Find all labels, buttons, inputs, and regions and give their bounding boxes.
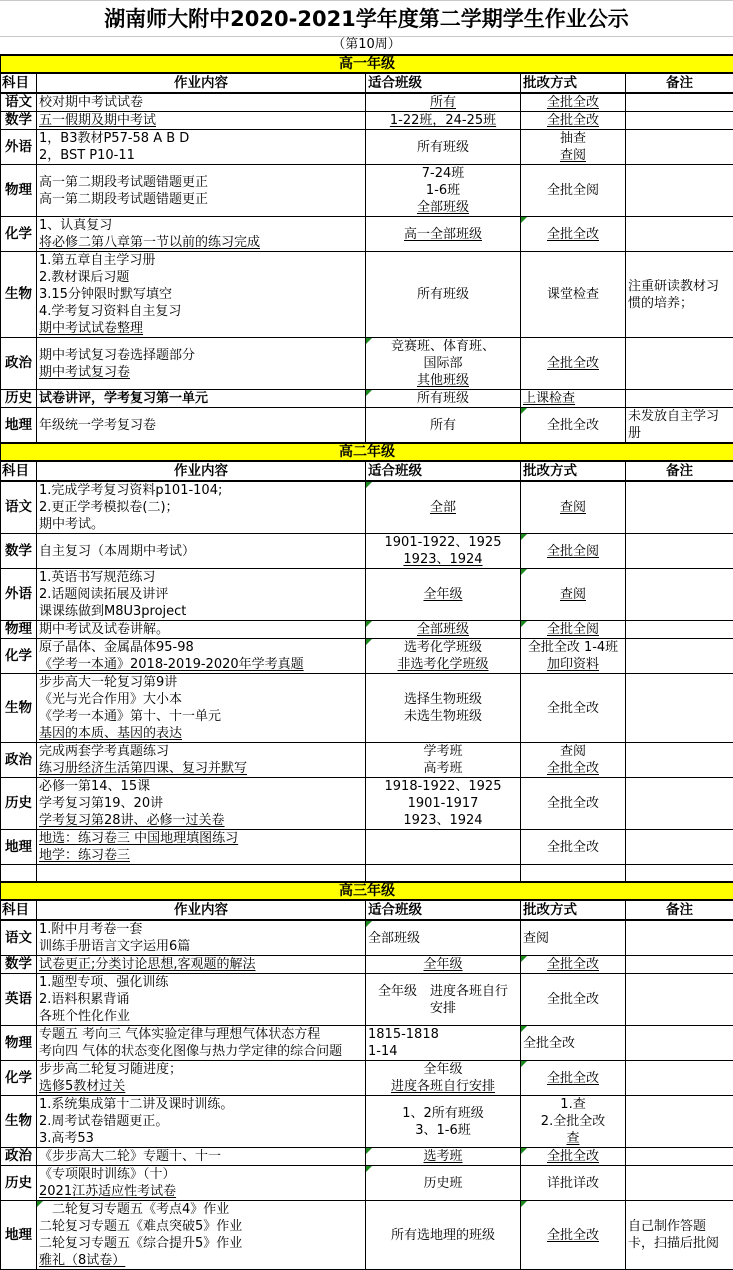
cell-line: 所有班级 (368, 286, 518, 303)
subject-cell: 数学 (1, 534, 37, 569)
classes-cell: 全部 (366, 481, 521, 534)
spreadsheet: 湖南师大附中2020-2021学年度第二学期学生作业公示 （第10周） 高一年级… (0, 0, 733, 1270)
note-cell (626, 743, 733, 778)
subject-cell: 语文 (1, 481, 37, 534)
cell-line: 将必修二第八章第一节以前的练习完成 (39, 234, 363, 251)
cell-line: 专题五 考向三 气体实验定律与理想气体状态方程 (39, 1026, 363, 1043)
grading-cell: 全批全改 1-4班加印资料 (521, 639, 626, 674)
cell-line: 试卷讲评，学考复习第一单元 (39, 390, 363, 407)
subject-cell: 地理 (1, 408, 37, 444)
cell-line: 基因的本质、基因的表达 (39, 725, 363, 742)
column-header: 批改方式 (521, 73, 626, 93)
grading-cell: 课堂检查 (521, 252, 626, 338)
cell-line: 必修一第14、15课 (39, 778, 363, 795)
grading-cell: 全批全改 (521, 338, 626, 390)
cell-line: 高一第二期段考试题错题更正 (39, 191, 363, 208)
note-cell (626, 778, 733, 830)
note-cell (626, 674, 733, 743)
note-cell (626, 1096, 733, 1148)
content-cell: 《步步高大二轮》专题十、十一 (37, 1148, 366, 1166)
cell-line: 所有班级 (368, 390, 518, 407)
grading-cell: 抽查查阅 (521, 130, 626, 165)
column-header: 作业内容 (37, 900, 366, 920)
grading-cell: 全批全改 (521, 217, 626, 252)
classes-cell: 高一全部班级 (366, 217, 521, 252)
grading-cell: 查阅全批全改 (521, 743, 626, 778)
section-title: 高二年级 (1, 443, 733, 461)
note-cell (626, 569, 733, 621)
cell-line: 1.题型专项、强化训练 (39, 974, 363, 991)
grading-cell: 1.查2.全批全改查 (521, 1096, 626, 1148)
classes-cell (366, 865, 521, 883)
subject-cell: 生物 (1, 252, 37, 338)
note-cell (626, 639, 733, 674)
cell-line: 全批全改 (523, 417, 623, 434)
cell-line: 全批全改 (523, 839, 623, 856)
cell-line: 地学：练习卷三 (39, 847, 363, 864)
cell-line: 高考班 (368, 760, 518, 777)
classes-cell: 1-22班，24-25班 (366, 112, 521, 130)
cell-line: 其他班级 (368, 372, 518, 389)
cell-line: 选考化学班级 (368, 639, 518, 656)
cell-line: 全批全改 (523, 1227, 623, 1244)
cell-line: 年级统一学考复习卷 (39, 417, 363, 434)
cell-line: 1923、1924 (368, 812, 518, 829)
note-cell (626, 217, 733, 252)
cell-line: 试卷更正;分类讨论思想,客观题的解法 (39, 956, 363, 973)
classes-cell: 学考班高考班 (366, 743, 521, 778)
cell-line: 步步高大一轮复习第9讲 (39, 674, 363, 691)
cell-line: 历史班 (368, 1175, 518, 1192)
cell-line: 训练手册语言文字运用6篇 (39, 938, 363, 955)
cell-line: 1.系统集成第十二讲及课时训练。 (39, 1096, 363, 1113)
content-cell: 试卷更正;分类讨论思想,客观题的解法 (37, 956, 366, 974)
content-cell: 1.完成学考复习资料p101-104;2.更正学考模拟卷(二)；期中考试。 (37, 481, 366, 534)
classes-cell: 全年级 (366, 956, 521, 974)
cell-line: 2.全批全改 (523, 1113, 623, 1130)
content-cell: 1.题型专项、强化训练2.语料积累背诵各班个性化作业 (37, 974, 366, 1026)
note-cell: 注重研读教材习惯的培养； (626, 252, 733, 338)
cell-line: 查阅 (523, 147, 623, 164)
classes-cell: 1901-1922、19251923、1924 (366, 534, 521, 569)
homework-table: 高一年级科目作业内容适合班级批改方式备注语文校对期中考试试卷所有全批全改数学五一… (0, 54, 733, 1270)
content-cell: 期中考试复习卷选择题部分期中考试复习卷 (37, 338, 366, 390)
note-cell: 自己制作答题卡，扫描后批阅 (626, 1201, 733, 1270)
cell-line: 全批全改 (523, 760, 623, 777)
cell-line: 期中考试复习卷选择题部分 (39, 347, 363, 364)
grading-cell: 全批全改 (521, 674, 626, 743)
note-cell (626, 481, 733, 534)
content-cell: 完成两套学考真题练习练习册经济生活第四课、复习并默写 (37, 743, 366, 778)
column-header: 批改方式 (521, 461, 626, 481)
note-cell (626, 390, 733, 408)
cell-line: 所有班级 (368, 139, 518, 156)
note-cell (626, 165, 733, 217)
classes-cell: 全部班级 (366, 621, 521, 639)
cell-line: 详批详改 (523, 1175, 623, 1192)
column-header: 作业内容 (37, 461, 366, 481)
column-header: 适合班级 (366, 73, 521, 93)
cell-line: 全批全改 1-4班 (523, 639, 623, 656)
grading-cell: 全批全改 (521, 1201, 626, 1270)
note-cell: 未发放自主学习册 (626, 408, 733, 444)
cell-line: 1，B3教材P57-58 A B D (39, 130, 363, 147)
cell-line: 查阅 (523, 499, 623, 516)
cell-line: 全批全阅 (523, 543, 623, 560)
cell-line: 学考复习第28讲、必修一过关卷 (39, 812, 363, 829)
cell-line: 雅礼（8试卷） (39, 1252, 363, 1269)
note-cell (626, 865, 733, 883)
cell-line: 2，BST P10-11 (39, 147, 363, 164)
content-cell: 期中考试及试卷讲解。 (37, 621, 366, 639)
page-title: 湖南师大附中2020-2021学年度第二学期学生作业公示 (0, 0, 733, 37)
content-cell: 1.附中月考卷一套训练手册语言文字运用6篇 (37, 920, 366, 956)
classes-cell: 1815-18181-14 (366, 1026, 521, 1061)
column-header: 备注 (626, 461, 733, 481)
subject-cell: 物理 (1, 1026, 37, 1061)
cell-line: 全批全改 (523, 700, 623, 717)
classes-cell: 7-24班1-6班全部班级 (366, 165, 521, 217)
cell-line: 全批全改 (523, 226, 623, 243)
subject-cell: 地理 (1, 830, 37, 865)
cell-line: 二轮复习专题五《综合提升5》作业 (39, 1235, 363, 1252)
note-cell (626, 338, 733, 390)
grading-cell: 全批全阅 (521, 165, 626, 217)
cell-line: 2.更正学考模拟卷(二)； (39, 499, 363, 516)
cell-line: 全批全改 (523, 355, 623, 372)
cell-line: 查阅 (523, 586, 623, 603)
subject-cell: 物理 (1, 165, 37, 217)
content-cell (37, 865, 366, 883)
subject-cell: 历史 (1, 778, 37, 830)
subject-cell: 政治 (1, 743, 37, 778)
classes-cell: 竞赛班、体育班、国际部其他班级 (366, 338, 521, 390)
note-cell (626, 130, 733, 165)
subject-cell: 外语 (1, 130, 37, 165)
cell-line: 全部 (368, 499, 518, 516)
cell-line: 1901-1917 (368, 795, 518, 812)
classes-cell: 选考化学班级非选考化学班级 (366, 639, 521, 674)
cell-line: 全批全阅 (523, 621, 623, 638)
subject-cell: 政治 (1, 338, 37, 390)
note-cell (626, 830, 733, 865)
cell-line: 注重研读教材习惯的培养； (628, 278, 731, 312)
content-cell: 原子晶体、金属晶体95-98《学考一本通》2018-2019-2020年学考真题 (37, 639, 366, 674)
note-cell (626, 956, 733, 974)
cell-line: 选修5教材过关 (39, 1078, 363, 1095)
cell-line: 练习册经济生活第四课、复习并默写 (39, 760, 363, 777)
cell-line: 全部班级 (368, 930, 518, 947)
content-cell: 五一假期及期中考试 (37, 112, 366, 130)
column-header: 科目 (1, 461, 37, 481)
content-cell: 地选：练习卷三 中国地理填图练习地学：练习卷三 (37, 830, 366, 865)
cell-line: 3、1-6班 (368, 1122, 518, 1139)
classes-cell: 1、2所有班级3、1-6班 (366, 1096, 521, 1148)
cell-line: 2021江苏适应性考试卷 (39, 1183, 363, 1200)
cell-line: 安排 (368, 1000, 518, 1017)
cell-line: 1-6班 (368, 182, 518, 199)
column-header: 适合班级 (366, 900, 521, 920)
cell-line: 二轮复习专题五《考点4》作业 (39, 1201, 363, 1218)
subject-cell: 历史 (1, 390, 37, 408)
grading-cell: 全批全改 (521, 1026, 626, 1061)
column-header: 批改方式 (521, 900, 626, 920)
cell-line: 1918-1922、1925 (368, 778, 518, 795)
week-subtitle: （第10周） (0, 37, 733, 54)
column-header: 作业内容 (37, 73, 366, 93)
cell-line: 查阅 (523, 743, 623, 760)
cell-line: 2.教材课后习题 (39, 269, 363, 286)
content-cell: 年级统一学考复习卷 (37, 408, 366, 444)
cell-line: 选考班 (368, 1148, 518, 1165)
cell-line: 1、认真复习 (39, 217, 363, 234)
cell-line: 1815-1818 (368, 1026, 518, 1043)
cell-line: 3.高考53 (39, 1130, 363, 1147)
column-header: 备注 (626, 900, 733, 920)
grading-cell: 全批全改 (521, 112, 626, 130)
content-cell: 校对期中考试试卷 (37, 93, 366, 112)
cell-line: 课堂检查 (523, 286, 623, 303)
cell-line: 全批全改 (523, 1148, 623, 1165)
cell-line: 1-14 (368, 1043, 518, 1060)
column-header: 备注 (626, 73, 733, 93)
column-header: 科目 (1, 900, 37, 920)
subject-cell: 历史 (1, 1166, 37, 1201)
cell-line: 查 (523, 1130, 623, 1147)
grading-cell: 全批全阅 (521, 534, 626, 569)
classes-cell: 全部班级 (366, 920, 521, 956)
note-cell (626, 1148, 733, 1166)
subject-cell: 政治 (1, 1148, 37, 1166)
subject-cell: 物理 (1, 621, 37, 639)
cell-line: 《学考一本通》第十、十一单元 (39, 708, 363, 725)
cell-line: 国际部 (368, 355, 518, 372)
cell-line: 1.英语书写规范练习 (39, 569, 363, 586)
cell-line: 学考复习第19、20讲 (39, 795, 363, 812)
cell-line: 自主复习（本周期中考试） (39, 543, 363, 560)
cell-line: 未选生物班级 (368, 708, 518, 725)
cell-line: 全部班级 (368, 199, 518, 216)
subject-cell: 生物 (1, 1096, 37, 1148)
classes-cell: 所有 (366, 408, 521, 444)
subject-cell: 语文 (1, 93, 37, 112)
section-title: 高三年级 (1, 882, 733, 900)
content-cell: 高一第二期段考试题错题更正高一第二期段考试题错题更正 (37, 165, 366, 217)
cell-line: 完成两套学考真题练习 (39, 743, 363, 760)
column-header: 适合班级 (366, 461, 521, 481)
content-cell: 步步高二轮复习随进度；选修5教材过关 (37, 1061, 366, 1096)
grading-cell: 全批全改 (521, 778, 626, 830)
grading-cell: 上课检查 (521, 390, 626, 408)
cell-line: 《步步高大二轮》专题十、十一 (39, 1148, 363, 1165)
grading-cell: 查阅 (521, 920, 626, 956)
subject-cell: 英语 (1, 974, 37, 1026)
grading-cell: 全批全改 (521, 1061, 626, 1096)
subject-cell: 化学 (1, 217, 37, 252)
cell-line: 7-24班 (368, 165, 518, 182)
cell-line: 全批全改 (523, 795, 623, 812)
cell-line: 所有 (368, 417, 518, 434)
subject-cell: 化学 (1, 1061, 37, 1096)
classes-cell: 选考班 (366, 1148, 521, 1166)
cell-line: 全批全改 (523, 991, 623, 1008)
cell-line: 全年级 (368, 1061, 518, 1078)
classes-cell: 所有选地理的班级 (366, 1201, 521, 1270)
content-cell: 必修一第14、15课学考复习第19、20讲学考复习第28讲、必修一过关卷 (37, 778, 366, 830)
note-cell (626, 112, 733, 130)
cell-line: 全年级 进度各班自行 (368, 983, 518, 1000)
cell-line: 选择生物班级 (368, 691, 518, 708)
grading-cell: 全批全改 (521, 408, 626, 444)
cell-line: 3.15分钟限时默写填空 (39, 286, 363, 303)
content-cell: 1.英语书写规范练习2.话题阅读拓展及讲评课课练做到M8U3project (37, 569, 366, 621)
cell-line: 《学考一本通》2018-2019-2020年学考真题 (39, 656, 363, 673)
subject-cell: 语文 (1, 920, 37, 956)
cell-line: 全部班级 (368, 621, 518, 638)
cell-line: 1923、1924 (368, 551, 518, 568)
cell-line: 进度各班自行安排 (368, 1078, 518, 1095)
cell-line: 全批全阅 (523, 182, 623, 199)
homework-table-body: 高一年级科目作业内容适合班级批改方式备注语文校对期中考试试卷所有全批全改数学五一… (1, 55, 733, 1270)
classes-cell: 选择生物班级未选生物班级 (366, 674, 521, 743)
cell-line: 高一第二期段考试题错题更正 (39, 174, 363, 191)
section-title: 高一年级 (1, 55, 733, 73)
note-cell (626, 1026, 733, 1061)
classes-cell: 所有班级 (366, 130, 521, 165)
cell-line: 2.话题阅读拓展及讲评 (39, 586, 363, 603)
note-cell (626, 920, 733, 956)
cell-line: 原子晶体、金属晶体95-98 (39, 639, 363, 656)
cell-line: 期中考试复习卷 (39, 364, 363, 381)
cell-line: 学考班 (368, 743, 518, 760)
cell-line: 2.语料积累背诵 (39, 991, 363, 1008)
content-cell: 自主复习（本周期中考试） (37, 534, 366, 569)
cell-line: 步步高二轮复习随进度； (39, 1061, 363, 1078)
cell-line: 《光与光合作用》大小本 (39, 691, 363, 708)
cell-line: 全批全改 (523, 1035, 623, 1052)
content-cell: 1、认真复习将必修二第八章第一节以前的练习完成 (37, 217, 366, 252)
content-cell: 二轮复习专题五《考点4》作业二轮复习专题五《难点突破5》作业二轮复习专题五《综合… (37, 1201, 366, 1270)
cell-line: 全批全改 (523, 956, 623, 973)
content-cell: 专题五 考向三 气体实验定律与理想气体状态方程考向四 气体的状态变化图像与热力学… (37, 1026, 366, 1061)
cell-line: 所有 (368, 94, 518, 111)
content-cell: 1.系统集成第十二讲及课时训练。2.周考试卷错题更正。3.高考53 (37, 1096, 366, 1148)
grading-cell: 全批全阅 (521, 621, 626, 639)
grading-cell: 查阅 (521, 569, 626, 621)
subject-cell: 地理 (1, 1201, 37, 1270)
note-cell (626, 974, 733, 1026)
cell-line: 上课检查 (523, 390, 623, 407)
cell-line: 1.附中月考卷一套 (39, 921, 363, 938)
grading-cell: 详批详改 (521, 1166, 626, 1201)
cell-line: 全年级 (368, 586, 518, 603)
cell-line: 五一假期及期中考试 (39, 112, 363, 129)
cell-line: 期中考试及试卷讲解。 (39, 621, 363, 638)
content-cell: 1.第五章自主学习册2.教材课后习题3.15分钟限时默写填空4.学考复习资料自主… (37, 252, 366, 338)
classes-cell: 所有 (366, 93, 521, 112)
grading-cell (521, 865, 626, 883)
cell-line: 各班个性化作业 (39, 1008, 363, 1025)
classes-cell: 全年级进度各班自行安排 (366, 1061, 521, 1096)
cell-line: 1901-1922、1925 (368, 534, 518, 551)
subject-cell: 外语 (1, 569, 37, 621)
classes-cell: 历史班 (366, 1166, 521, 1201)
cell-line: 非选考化学班级 (368, 656, 518, 673)
cell-line: 二轮复习专题五《难点突破5》作业 (39, 1218, 363, 1235)
classes-cell (366, 830, 521, 865)
cell-line: 查阅 (523, 930, 623, 947)
cell-line: 1.查 (523, 1096, 623, 1113)
cell-line: 1-22班，24-25班 (368, 112, 518, 129)
grading-cell: 全批全改 (521, 974, 626, 1026)
note-cell (626, 93, 733, 112)
note-cell (626, 1166, 733, 1201)
classes-cell: 所有班级 (366, 390, 521, 408)
cell-line: 抽查 (523, 130, 623, 147)
note-cell (626, 621, 733, 639)
cell-line: 加印资料 (523, 656, 623, 673)
cell-line: 期中考试。 (39, 516, 363, 533)
subject-cell: 生物 (1, 674, 37, 743)
cell-line: 4.学考复习资料自主复习 (39, 303, 363, 320)
subject-cell: 数学 (1, 112, 37, 130)
content-cell: 《专项限时训练》（十）2021江苏适应性考试卷 (37, 1166, 366, 1201)
cell-line: 课课练做到M8U3project (39, 603, 363, 620)
cell-line: 1.第五章自主学习册 (39, 252, 363, 269)
classes-cell: 全年级 (366, 569, 521, 621)
classes-cell: 1918-1922、19251901-19171923、1924 (366, 778, 521, 830)
content-cell: 试卷讲评，学考复习第一单元 (37, 390, 366, 408)
cell-line: 未发放自主学习册 (628, 408, 731, 442)
note-cell (626, 1061, 733, 1096)
cell-line: 1、2所有班级 (368, 1105, 518, 1122)
grading-cell: 查阅 (521, 481, 626, 534)
cell-line: 考向四 气体的状态变化图像与热力学定律的综合问题 (39, 1043, 363, 1060)
cell-line: 1.完成学考复习资料p101-104; (39, 482, 363, 499)
cell-line: 全批全改 (523, 112, 623, 129)
grading-cell: 全批全改 (521, 1148, 626, 1166)
note-cell (626, 534, 733, 569)
grading-cell: 全批全改 (521, 830, 626, 865)
grading-cell: 全批全改 (521, 956, 626, 974)
cell-line: 2.周考试卷错题更正。 (39, 1113, 363, 1130)
cell-line: 期中考试试卷整理 (39, 320, 363, 337)
cell-line: 竞赛班、体育班、 (368, 338, 518, 355)
subject-cell: 数学 (1, 956, 37, 974)
column-header: 科目 (1, 73, 37, 93)
cell-line: 校对期中考试试卷 (39, 94, 363, 111)
subject-cell: 化学 (1, 639, 37, 674)
cell-line: 自己制作答题卡，扫描后批阅 (628, 1218, 731, 1252)
classes-cell: 所有班级 (366, 252, 521, 338)
cell-line: 全批全改 (523, 94, 623, 111)
cell-line: 所有选地理的班级 (368, 1227, 518, 1244)
cell-line: 《专项限时训练》（十） (39, 1166, 363, 1183)
subject-cell (1, 865, 37, 883)
cell-line: 全年级 (368, 956, 518, 973)
content-cell: 步步高大一轮复习第9讲《光与光合作用》大小本《学考一本通》第十、十一单元基因的本… (37, 674, 366, 743)
cell-line: 地选：练习卷三 中国地理填图练习 (39, 830, 363, 847)
cell-line: 全批全改 (523, 1070, 623, 1087)
grading-cell: 全批全改 (521, 93, 626, 112)
content-cell: 1，B3教材P57-58 A B D2，BST P10-11 (37, 130, 366, 165)
cell-line: 高一全部班级 (368, 226, 518, 243)
classes-cell: 全年级 进度各班自行安排 (366, 974, 521, 1026)
